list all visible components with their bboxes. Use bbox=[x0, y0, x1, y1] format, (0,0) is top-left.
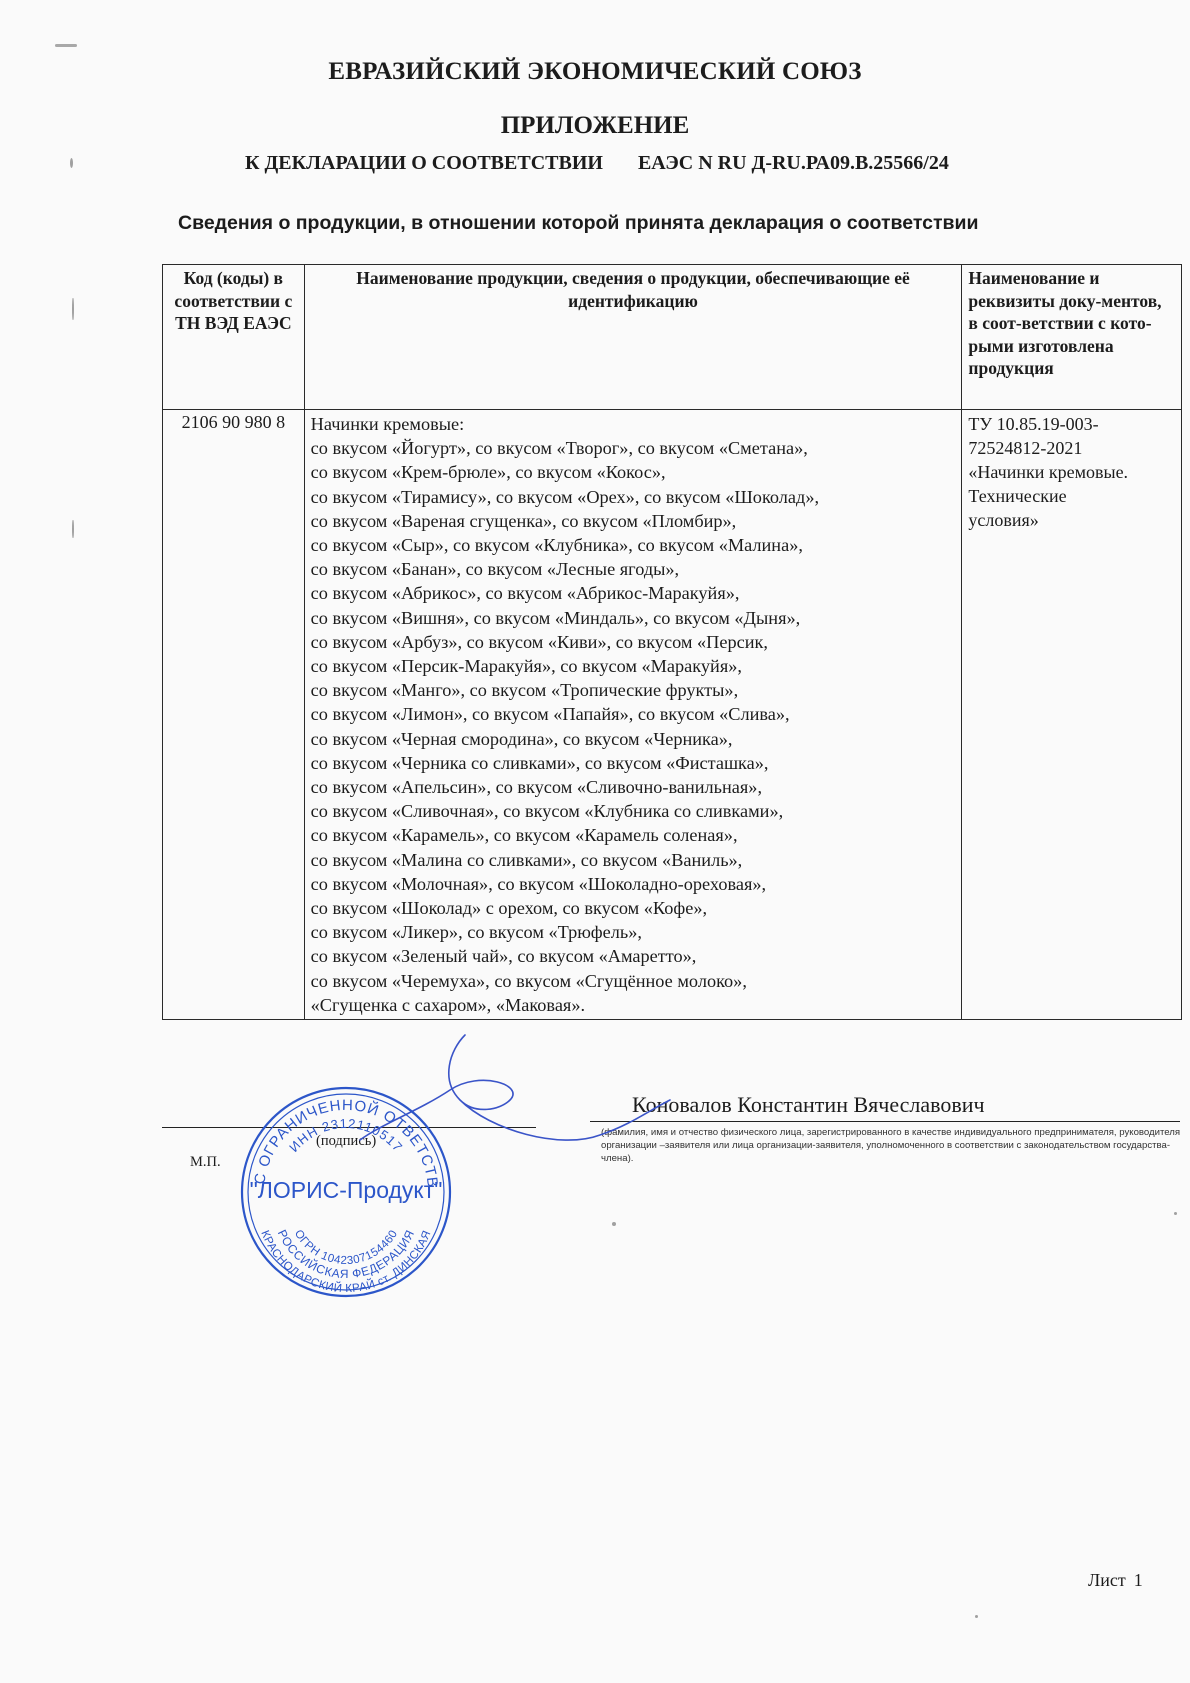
scan-artifact bbox=[72, 520, 74, 538]
document-line: 72524812-2021 bbox=[968, 436, 1175, 460]
column-header-code: Код (коды) в соответствии с ТН ВЭД ЕАЭС bbox=[163, 265, 305, 410]
product-description-cell: Начинки кремовые:со вкусом «Йогурт», со … bbox=[304, 410, 962, 1020]
product-line: Начинки кремовые: bbox=[311, 412, 956, 436]
product-line: со вкусом «Абрикос», со вкусом «Абрикос-… bbox=[311, 581, 956, 605]
scan-artifact bbox=[612, 1222, 616, 1226]
product-table: Код (коды) в соответствии с ТН ВЭД ЕАЭС … bbox=[162, 264, 1182, 1020]
svg-text:РОССИЙСКАЯ ФЕДЕРАЦИЯ: РОССИЙСКАЯ ФЕДЕРАЦИЯ bbox=[275, 1227, 417, 1281]
product-line: со вкусом «Вареная сгущенка», со вкусом … bbox=[311, 509, 956, 533]
svg-text:КРАСНОДАРСКИЙ КРАЙ ст. ДИНСКАЯ: КРАСНОДАРСКИЙ КРАЙ ст. ДИНСКАЯ bbox=[258, 1229, 433, 1295]
scan-artifact bbox=[70, 158, 73, 168]
product-line: со вкусом «Банан», со вкусом «Лесные яго… bbox=[311, 557, 956, 581]
svg-text:"ЛОРИС-Продукт": "ЛОРИС-Продукт" bbox=[250, 1177, 443, 1203]
declaration-number: ЕАЭС N RU Д-RU.РА09.В.25566/24 bbox=[638, 152, 949, 174]
svg-text:ОГРН 1042307154460: ОГРН 1042307154460 bbox=[292, 1228, 400, 1267]
product-line: со вкусом «Малина со сливками», со вкусо… bbox=[311, 848, 956, 872]
product-line: со вкусом «Молочная», со вкусом «Шоколад… bbox=[311, 872, 956, 896]
product-line: со вкусом «Ликер», со вкусом «Трюфель», bbox=[311, 920, 956, 944]
product-line: со вкусом «Тирамису», со вкусом «Орех», … bbox=[311, 485, 956, 509]
product-line: со вкусом «Лимон», со вкусом «Папайя», с… bbox=[311, 702, 956, 726]
product-line: со вкусом «Вишня», со вкусом «Миндаль», … bbox=[311, 606, 956, 630]
product-line: со вкусом «Шоколад» с орехом, со вкусом … bbox=[311, 896, 956, 920]
declaration-label: К ДЕКЛАРАЦИИ О СООТВЕТСТВИИ bbox=[245, 152, 603, 174]
sheet-number: Лист1 bbox=[1088, 1570, 1143, 1591]
signature-line bbox=[162, 1127, 536, 1128]
product-line: со вкусом «Персик-Маракуйя», со вкусом «… bbox=[311, 654, 956, 678]
product-line: со вкусом «Манго», со вкусом «Тропически… bbox=[311, 678, 956, 702]
declaration-annex-page: ЕВРАЗИЙСКИЙ ЭКОНОМИЧЕСКИЙ СОЮЗ ПРИЛОЖЕНИ… bbox=[0, 0, 1190, 1683]
sheet-label: Лист bbox=[1088, 1570, 1126, 1590]
sheet-number-value: 1 bbox=[1134, 1570, 1143, 1590]
product-line: со вкусом «Арбуз», со вкусом «Киви», со … bbox=[311, 630, 956, 654]
declaration-reference: К ДЕКЛАРАЦИИ О СООТВЕТСТВИИ ЕАЭС N RU Д-… bbox=[245, 152, 949, 175]
signer-name-line bbox=[590, 1121, 1180, 1122]
signer-name: Коновалов Константин Вячеславович bbox=[632, 1092, 985, 1118]
scan-artifact bbox=[1174, 1212, 1177, 1215]
product-line: со вкусом «Сливочная», со вкусом «Клубни… bbox=[311, 799, 956, 823]
stamp-place-label: М.П. bbox=[190, 1154, 221, 1171]
column-header-documents: Наименование и реквизиты доку-ментов, в … bbox=[962, 265, 1182, 410]
product-line: со вкусом «Черника со сливками», со вкус… bbox=[311, 751, 956, 775]
document-line: «Начинки кремовые. bbox=[968, 460, 1175, 484]
product-line: со вкусом «Крем-брюле», со вкусом «Кокос… bbox=[311, 460, 956, 484]
scan-artifact bbox=[55, 44, 77, 47]
table-header-row: Код (коды) в соответствии с ТН ВЭД ЕАЭС … bbox=[163, 265, 1182, 410]
hs-code-cell: 2106 90 980 8 bbox=[163, 410, 305, 1020]
product-line: со вкусом «Черная смородина», со вкусом … bbox=[311, 727, 956, 751]
scan-artifact bbox=[975, 1615, 978, 1618]
document-line: Технические bbox=[968, 484, 1175, 508]
document-line: ТУ 10.85.19-003- bbox=[968, 412, 1175, 436]
company-seal-icon: ОБЩЕСТВО С ОГРАНИЧЕННОЙ ОТВЕТСТВЕННОСТЬЮ… bbox=[236, 1082, 456, 1302]
standard-document-cell: ТУ 10.85.19-003-72524812-2021«Начинки кр… bbox=[962, 410, 1182, 1020]
section-subtitle: Сведения о продукции, в отношении которо… bbox=[178, 212, 979, 235]
union-title: ЕВРАЗИЙСКИЙ ЭКОНОМИЧЕСКИЙ СОЮЗ bbox=[0, 58, 1190, 86]
document-line: условия» bbox=[968, 508, 1175, 532]
product-line: со вкусом «Сыр», со вкусом «Клубника», с… bbox=[311, 533, 956, 557]
column-header-product: Наименование продукции, сведения о проду… bbox=[304, 265, 962, 410]
product-line: со вкусом «Зеленый чай», со вкусом «Амар… bbox=[311, 944, 956, 968]
signer-note: (фамилия, имя и отчество физического лиц… bbox=[601, 1126, 1190, 1165]
product-line: со вкусом «Карамель», со вкусом «Карамел… bbox=[311, 823, 956, 847]
signature-caption: (подпись) bbox=[316, 1133, 376, 1150]
product-line: со вкусом «Йогурт», со вкусом «Творог», … bbox=[311, 436, 956, 460]
product-line: со вкусом «Черемуха», со вкусом «Сгущённ… bbox=[311, 969, 956, 993]
product-line: со вкусом «Апельсин», со вкусом «Сливочн… bbox=[311, 775, 956, 799]
product-line: «Сгущенка с сахаром», «Маковая». bbox=[311, 993, 956, 1017]
table-row: 2106 90 980 8 Начинки кремовые:со вкусом… bbox=[163, 410, 1182, 1020]
scan-artifact bbox=[72, 298, 74, 320]
annex-title: ПРИЛОЖЕНИЕ bbox=[0, 112, 1190, 140]
